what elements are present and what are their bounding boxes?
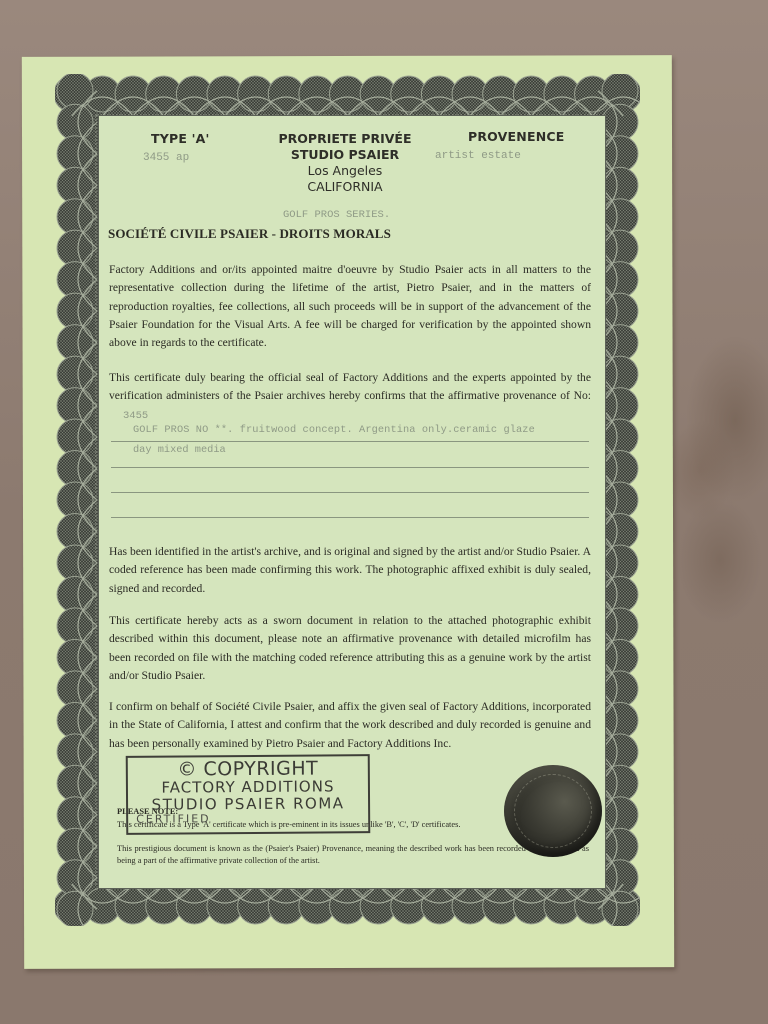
type-value: 3455 ap — [143, 152, 189, 164]
paragraph-confirmation-text: This certificate duly bearing the offici… — [109, 371, 591, 402]
description-line-1: GOLF PROS NO **. fruitwood concept. Arge… — [133, 424, 535, 436]
note-prestigious: This prestigious document is known as th… — [117, 843, 589, 867]
embossed-seal — [504, 765, 602, 857]
stamp-line-studio: STUDIO PSAIER ROMA — [128, 795, 368, 814]
stamp-line-certified: CERTIFIED — [128, 812, 368, 826]
description-rule — [111, 441, 589, 442]
paragraph-sworn-document: This certificate hereby acts as a sworn … — [109, 612, 591, 685]
description-line-2: day mixed media — [133, 444, 226, 456]
description-rule — [111, 467, 589, 468]
section-title: SOCIÉTÉ CIVILE PSAIER - DROITS MORALS — [108, 226, 391, 242]
issuer-line: Los Angeles — [260, 163, 430, 179]
description-rule — [111, 517, 589, 518]
provenance-value: artist estate — [435, 150, 521, 162]
issuer-line: CALIFORNIA — [260, 179, 430, 195]
issuer-line: PROPRIETE PRIVÉE — [260, 131, 430, 147]
description-rule — [111, 492, 589, 493]
paragraph-identification: Has been identified in the artist's arch… — [109, 543, 591, 598]
provenance-number: 3455 — [123, 410, 148, 422]
provenance-label: PROVENENCE — [468, 129, 564, 144]
paragraph-attestation: I confirm on behalf of Société Civile Ps… — [109, 698, 591, 753]
issuer-line: STUDIO PSAIER — [260, 147, 430, 163]
copyright-stamp: © COPYRIGHT FACTORY ADDITIONS STUDIO PSA… — [126, 754, 371, 835]
paragraph-confirmation: This certificate duly bearing the offici… — [109, 369, 591, 425]
series-typed: GOLF PROS SERIES. — [283, 209, 390, 221]
issuer-block: PROPRIETE PRIVÉE STUDIO PSAIER Los Angel… — [260, 131, 430, 195]
seal-ring-icon — [514, 774, 592, 848]
type-label: TYPE 'A' — [151, 131, 210, 146]
paragraph-authority: Factory Additions and or/its appointed m… — [109, 261, 591, 352]
